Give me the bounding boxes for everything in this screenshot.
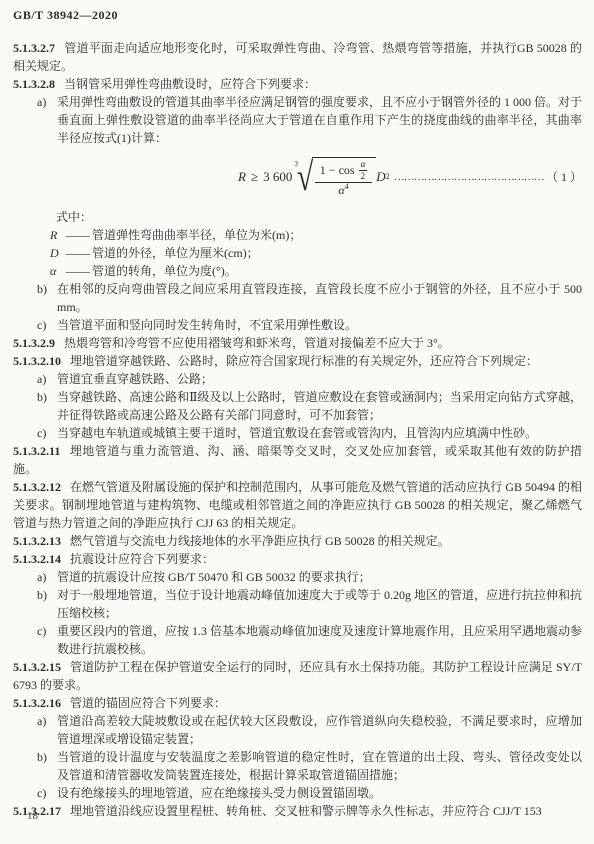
list-item: c)重要区段内的管道，应按 1.3 倍基本地震动峰值加速度及速度计算地震作用，且… <box>13 622 582 658</box>
symbol-definition: D——管道的外径，单位为厘米(cm)； <box>13 244 582 262</box>
symbol: α <box>50 262 66 280</box>
radical: 3 √ 1 − cosα2 α4 <box>294 157 376 197</box>
list-item: a)采用弹性弯曲敷设的管道其曲率半径应满足钢管的强度要求，且不应小于钢管外径的 … <box>13 93 582 147</box>
list-item: c)当管道平面和竖向同时发生转角时，不宜采用弹性敷设。 <box>13 316 582 334</box>
list-item: b)当穿越铁路、高速公路和Ⅱ级及以上公路时，管道应敷设在套管或涵洞内；当采用定向… <box>13 388 582 424</box>
formula-number: （ 1 ） <box>546 168 582 186</box>
symbol-dash: —— <box>66 262 90 280</box>
inner-fraction: α2 <box>359 160 368 181</box>
formula-coefficient: 3 600 <box>263 168 292 186</box>
list-item: b)对于一般埋地管道，当位于设计地震动峰值加速度大于或等于 0.20g 地区的管… <box>13 586 582 622</box>
fraction-numerator: 1 − cosα2 <box>315 160 373 183</box>
symbol: D <box>50 244 66 262</box>
item-text: 当穿越电车轨道或城镇主要干道时，管道宜敷设在套管或管沟内，且管沟内应填满中性砂。 <box>57 424 582 442</box>
page-number: 18 <box>27 810 38 822</box>
item-marker: a) <box>37 93 57 147</box>
clause-paragraph: 5.1.3.2.9热煨弯管和冷弯管不应使用褶皱弯和虾米弯，管道对接偏差不应大于 … <box>13 334 582 352</box>
clause-text: 埋地管道穿越铁路、公路时，除应符合国家现行标准的有关规定外，还应符合下列规定： <box>70 354 538 368</box>
clause-number: 5.1.3.2.10 <box>13 354 61 368</box>
item-marker: b) <box>37 748 57 784</box>
item-text: 管道沿高差较大陡坡敷设或在起伏较大区段敷设，应作管道纵向失稳校验，不满足要求时，… <box>57 712 582 748</box>
item-marker: c) <box>37 784 57 802</box>
document-page: GB/T 38942—2020 5.1.3.2.7管道平面走向适应地形变化时，可… <box>0 0 594 844</box>
symbol-dash: —— <box>66 244 90 262</box>
symbol-text: 管道的外径，单位为厘米(cm)； <box>92 244 259 262</box>
symbol-text: 管道的转角，单位为度(°)。 <box>92 262 237 280</box>
list-item: a)管道的抗震设计应按 GB/T 50470 和 GB 50032 的要求执行； <box>13 568 582 586</box>
item-marker: c) <box>37 622 57 658</box>
item-marker: a) <box>37 712 57 748</box>
symbol-definition: R——管道弹性弯曲曲率半径，单位为米(m)； <box>13 226 582 244</box>
clause-text: 在燃气管道及附属设施的保护和控制范围内，从事可能危及燃气管道的活动应执行 GB … <box>13 480 582 530</box>
item-text: 在相邻的反向弯曲管段之间应采用直管段连接，直管段长度不应小于钢管的外径，且不应小… <box>57 280 582 316</box>
clause-text: 燃气管道与交流电力线接地体的水平净距应执行 GB 50028 的相关规定。 <box>70 534 450 548</box>
item-text: 当管道平面和竖向同时发生转角时，不宜采用弹性敷设。 <box>57 316 582 334</box>
list-item: b)当管道的设计温度与安装温度之差影响管道的稳定性时，宜在管道的出土段、弯头、管… <box>13 748 582 784</box>
formula-dot-leader: ………………………………………………… <box>394 168 544 186</box>
clause-number: 5.1.3.2.11 <box>13 444 60 458</box>
clause-paragraph: 5.1.3.2.16管道的锚固应符合下列要求： <box>13 694 582 712</box>
fraction: 1 − cosα2 α4 <box>315 160 373 197</box>
item-text: 重要区段内的管道，应按 1.3 倍基本地震动峰值加速度及速度计算地震作用，且应采… <box>57 622 582 658</box>
clause-text: 埋地管道沿线应设置里程桩、转角桩、交叉桩和警示牌等永久性标志，并应符合 CJJ/… <box>70 804 542 818</box>
formula-trailing-base: D <box>376 168 385 186</box>
list-item: c)设有绝缘接头的埋地管道，应在绝缘接头受力侧设置锚固墩。 <box>13 784 582 802</box>
clause-text: 管道平面走向适应地形变化时，可采取弹性弯曲、冷弯管、热煨弯管等措施，并执行GB … <box>13 41 582 73</box>
item-marker: b) <box>37 388 57 424</box>
clause-number: 5.1.3.2.7 <box>13 41 55 55</box>
item-marker: b) <box>37 280 57 316</box>
clause-text: 热煨弯管和冷弯管不应使用褶皱弯和虾米弯，管道对接偏差不应大于 3°。 <box>64 336 450 350</box>
symbol-definition: α——管道的转角，单位为度(°)。 <box>13 262 582 280</box>
radical-index: 3 <box>294 155 298 173</box>
item-marker: c) <box>37 424 57 442</box>
fraction-denominator: α4 <box>338 183 348 197</box>
clause-number: 5.1.3.2.13 <box>13 534 61 548</box>
clause-text: 管道防护工程在保护管道安全运行的同时，还应具有水土保持功能。其防护工程设计应满足… <box>13 660 582 692</box>
symbol-dash: —— <box>66 226 90 244</box>
clause-number: 5.1.3.2.12 <box>13 480 61 494</box>
clause-paragraph: 5.1.3.2.11埋地管道与重力流管道、沟、涵、暗渠等交叉时，交叉处应加套管，… <box>13 442 582 478</box>
list-item: b)在相邻的反向弯曲管段之间应采用直管段连接，直管段长度不应小于钢管的外径，且不… <box>13 280 582 316</box>
list-item: c)当穿越电车轨道或城镇主要干道时，管道宜敷设在套管或管沟内，且管沟内应填满中性… <box>13 424 582 442</box>
item-text: 当穿越铁路、高速公路和Ⅱ级及以上公路时，管道应敷设在套管或涵洞内；当采用定向钻方… <box>57 388 582 424</box>
item-text: 设有绝缘接头的埋地管道，应在绝缘接头受力侧设置锚固墩。 <box>57 784 582 802</box>
where-intro: 式中： <box>13 208 582 226</box>
clause-number: 5.1.3.2.14 <box>13 552 61 566</box>
clause-number: 5.1.3.2.9 <box>13 336 55 350</box>
clause-text: 管道的锚固应符合下列要求： <box>70 696 226 710</box>
clause-paragraph: 5.1.3.2.15管道防护工程在保护管道安全运行的同时，还应具有水土保持功能。… <box>13 658 582 694</box>
list-item: a)管道沿高差较大陡坡敷设或在起伏较大区段敷设，应作管道纵向失稳校验，不满足要求… <box>13 712 582 748</box>
item-text: 采用弹性弯曲敷设的管道其曲率半径应满足钢管的强度要求，且不应小于钢管外径的 1 … <box>57 93 582 147</box>
radicand: 1 − cosα2 α4 <box>312 157 377 197</box>
inner-numerator: α <box>359 160 368 171</box>
formula-lhs: R <box>238 168 246 186</box>
clause-number: 5.1.3.2.8 <box>13 77 55 91</box>
clause-paragraph: 5.1.3.2.13燃气管道与交流电力线接地体的水平净距应执行 GB 50028… <box>13 532 582 550</box>
clause-text: 当钢管采用弹性弯曲敷设时，应符合下列要求： <box>64 77 316 91</box>
list-item: a)管道宜垂直穿越铁路、公路； <box>13 370 582 388</box>
item-marker: a) <box>37 370 57 388</box>
clause-number: 5.1.3.2.16 <box>13 696 61 710</box>
clause-paragraph: 5.1.3.2.7管道平面走向适应地形变化时，可采取弹性弯曲、冷弯管、热煨弯管等… <box>13 39 582 75</box>
document-body: 5.1.3.2.7管道平面走向适应地形变化时，可采取弹性弯曲、冷弯管、热煨弯管等… <box>13 39 582 820</box>
formula-math: R ≥ 3 600 3 √ 1 − cosα2 α4 D2 <box>238 157 390 197</box>
inner-denominator: 2 <box>361 171 366 181</box>
clause-paragraph: 5.1.3.2.10埋地管道穿越铁路、公路时，除应符合国家现行标准的有关规定外，… <box>13 352 582 370</box>
item-marker: a) <box>37 568 57 586</box>
clause-text: 埋地管道与重力流管道、沟、涵、暗渠等交叉时，交叉处应加套管，或采取其他有效的防护… <box>13 444 582 476</box>
symbol: R <box>50 226 66 244</box>
formula: R ≥ 3 600 3 √ 1 − cosα2 α4 D2 …………………………… <box>13 148 582 206</box>
numerator-text: 1 − cos <box>320 164 355 177</box>
clause-text: 抗震设计应符合下列要求： <box>70 552 214 566</box>
item-marker: c) <box>37 316 57 334</box>
item-text: 当管道的设计温度与安装温度之差影响管道的稳定性时，宜在管道的出土段、弯头、管径改… <box>57 748 582 784</box>
clause-paragraph: 5.1.3.2.14抗震设计应符合下列要求： <box>13 550 582 568</box>
document-code: GB/T 38942—2020 <box>13 8 582 23</box>
item-text: 管道宜垂直穿越铁路、公路； <box>57 370 582 388</box>
item-text: 管道的抗震设计应按 GB/T 50470 和 GB 50032 的要求执行； <box>57 568 582 586</box>
symbol-text: 管道弹性弯曲曲率半径，单位为米(m)； <box>92 226 301 244</box>
item-text: 对于一般埋地管道，当位于设计地震动峰值加速度大于或等于 0.20g 地区的管道，… <box>57 586 582 622</box>
denominator-exponent: 4 <box>345 182 349 191</box>
clause-paragraph: 5.1.3.2.8当钢管采用弹性弯曲敷设时，应符合下列要求： <box>13 75 582 93</box>
clause-paragraph: 5.1.3.2.17埋地管道沿线应设置里程桩、转角桩、交叉桩和警示牌等永久性标志… <box>13 802 582 820</box>
clause-paragraph: 5.1.3.2.12在燃气管道及附属设施的保护和控制范围内，从事可能危及燃气管道… <box>13 478 582 532</box>
greater-equal-sign: ≥ <box>251 168 258 186</box>
item-marker: b) <box>37 586 57 622</box>
clause-number: 5.1.3.2.15 <box>13 660 61 674</box>
